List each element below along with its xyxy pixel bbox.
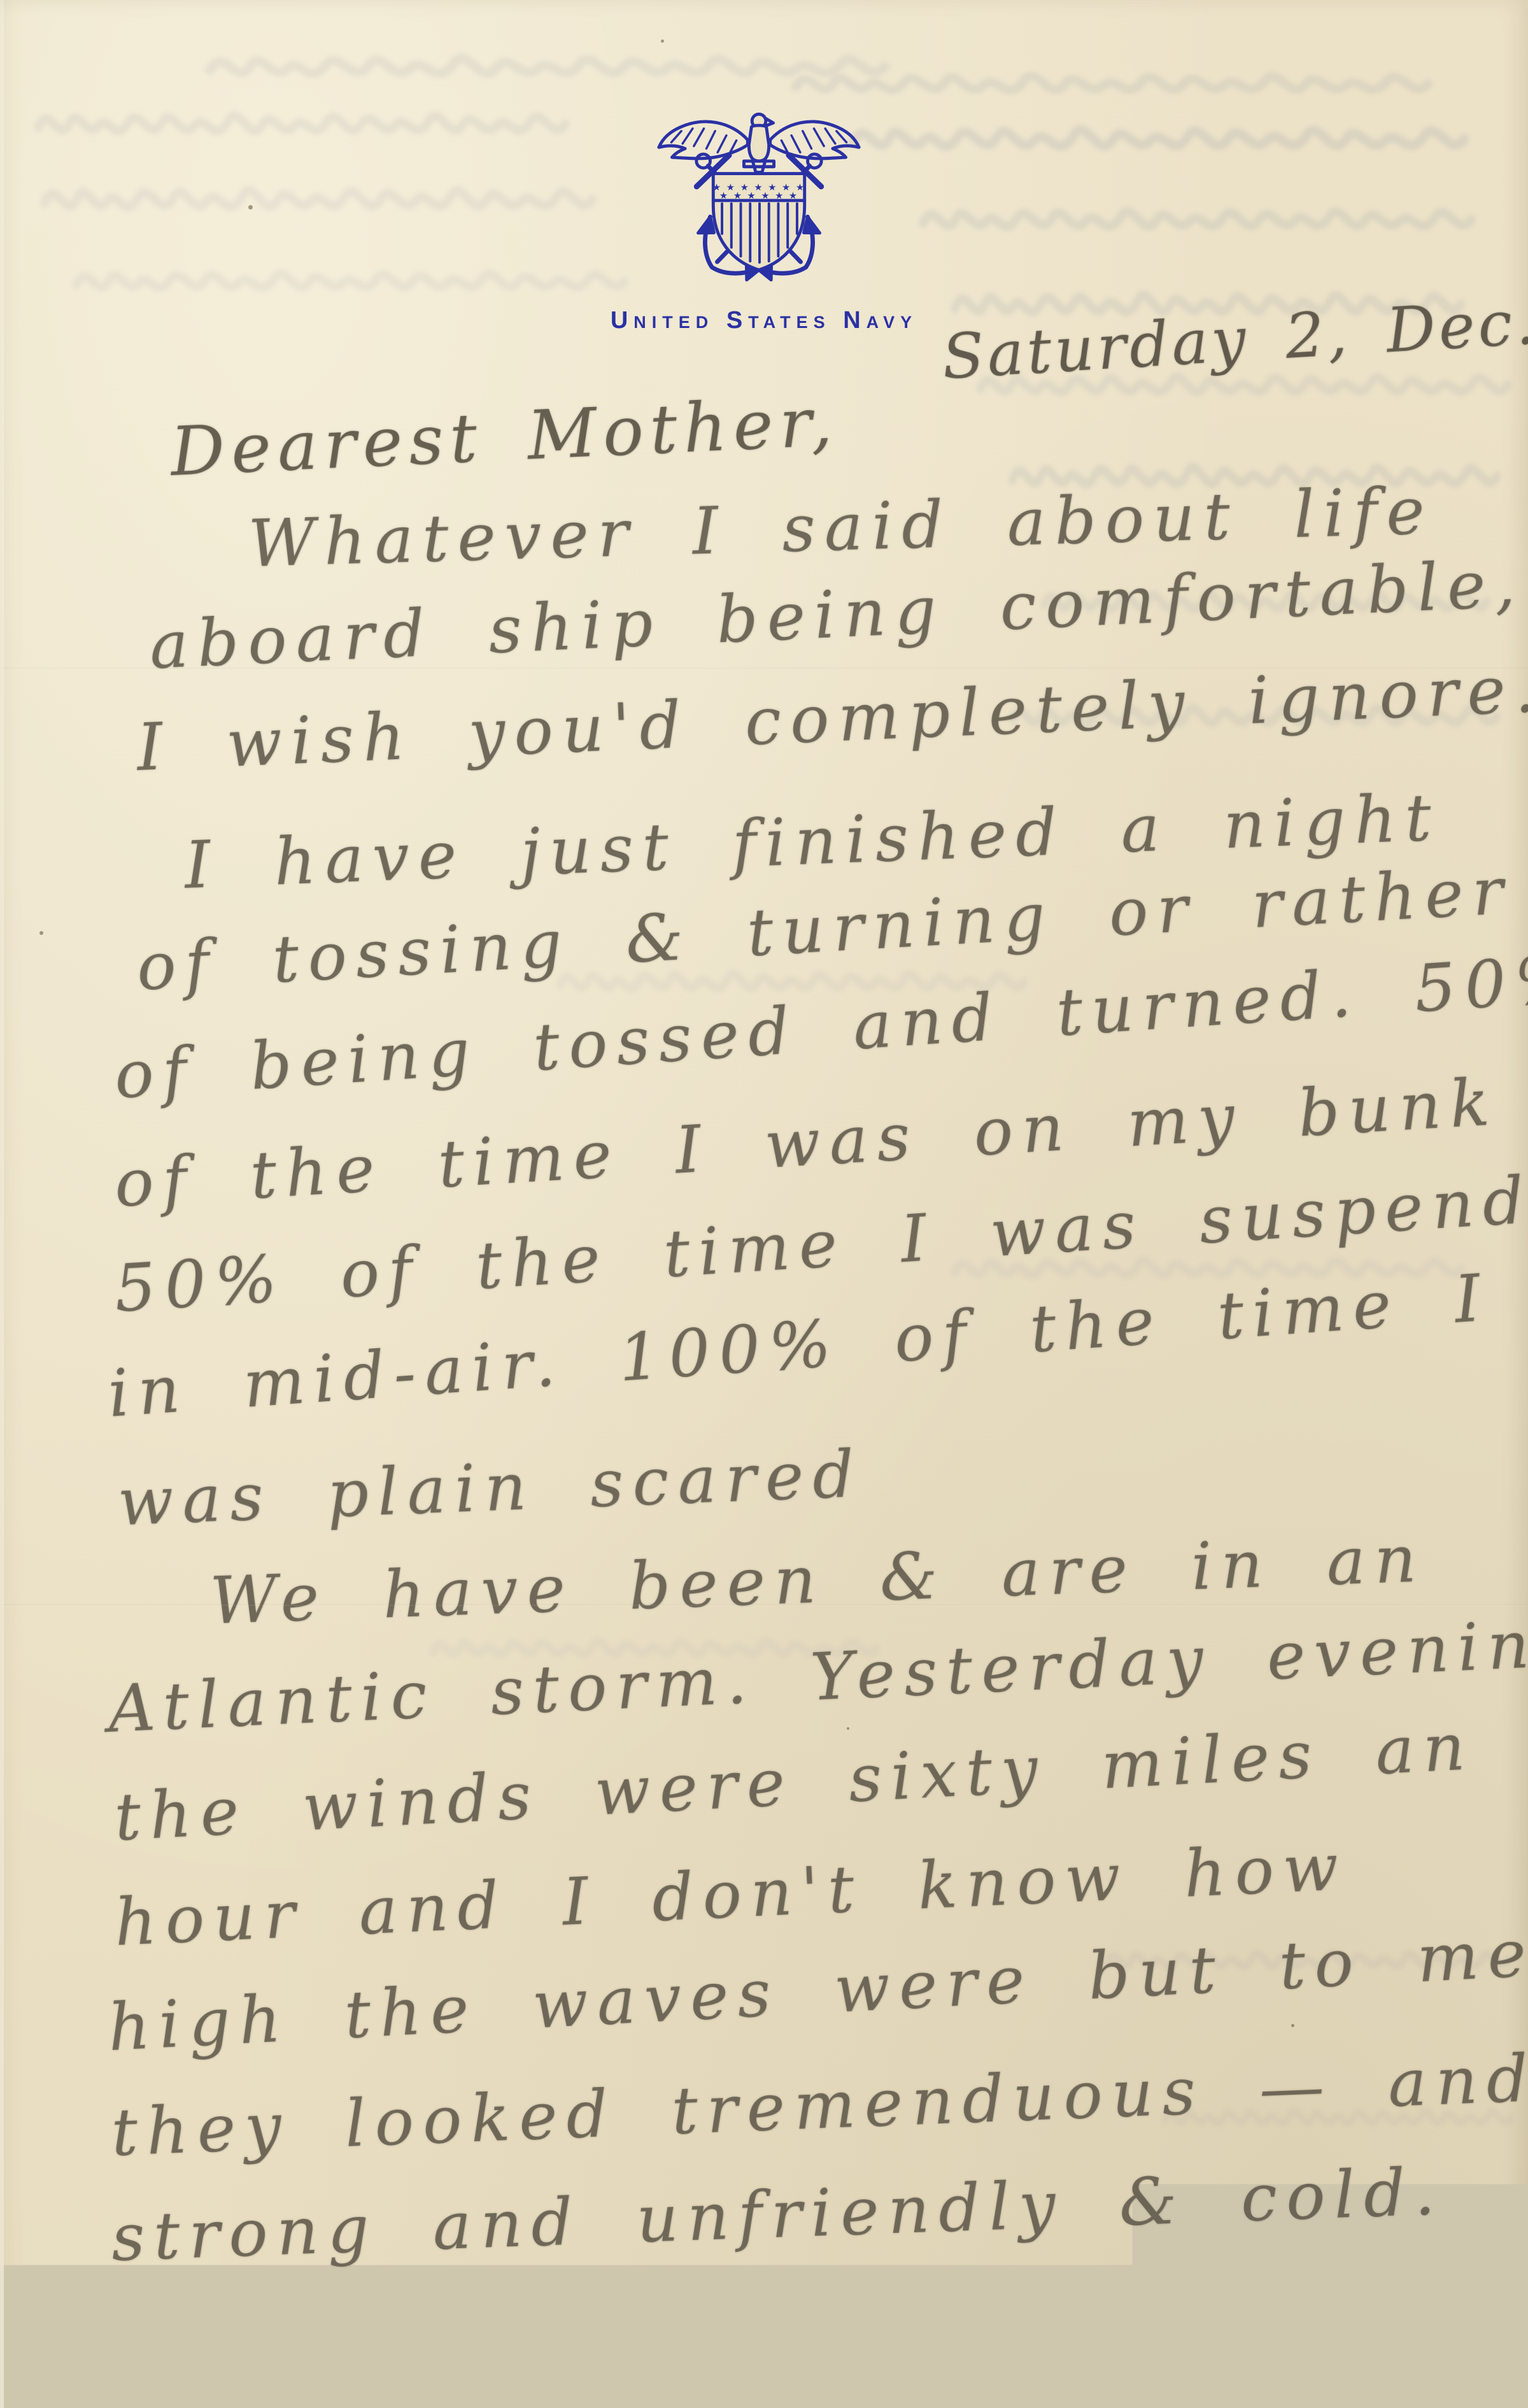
navy-emblem-icon: ★ ★ ★ ★ ★ ★ ★ ★ ★ ★ ★ ★ ★ bbox=[653, 99, 865, 288]
paper-speck bbox=[661, 39, 664, 43]
paper-edge-left bbox=[0, 0, 4, 2408]
paper-speck bbox=[1291, 2024, 1294, 2027]
letter-page: ★ ★ ★ ★ ★ ★ ★ ★ ★ ★ ★ ★ ★ United States … bbox=[0, 0, 1528, 2408]
salutation: Dearest Mother, bbox=[169, 382, 840, 490]
paper-crease bbox=[0, 667, 1528, 670]
handwritten-line: they looked tremenduous — and so bbox=[110, 2035, 1528, 2171]
handwritten-line: strong and unfriendly & cold. bbox=[110, 2154, 1445, 2276]
paper-speck bbox=[847, 1727, 849, 1730]
paper-edge-bottom bbox=[0, 2405, 1528, 2408]
paper-crease bbox=[0, 1604, 1528, 1606]
paper-speck bbox=[39, 931, 43, 935]
handwritten-line: was plain scared bbox=[117, 1436, 865, 1541]
letterhead-organization: United States Navy bbox=[605, 307, 923, 334]
paper-speck bbox=[248, 205, 253, 210]
eagle-icon bbox=[659, 114, 859, 172]
shield-stars-row2: ★ ★ ★ ★ ★ ★ bbox=[719, 190, 798, 201]
date-line: Saturday 2, Dec. bbox=[940, 287, 1528, 393]
